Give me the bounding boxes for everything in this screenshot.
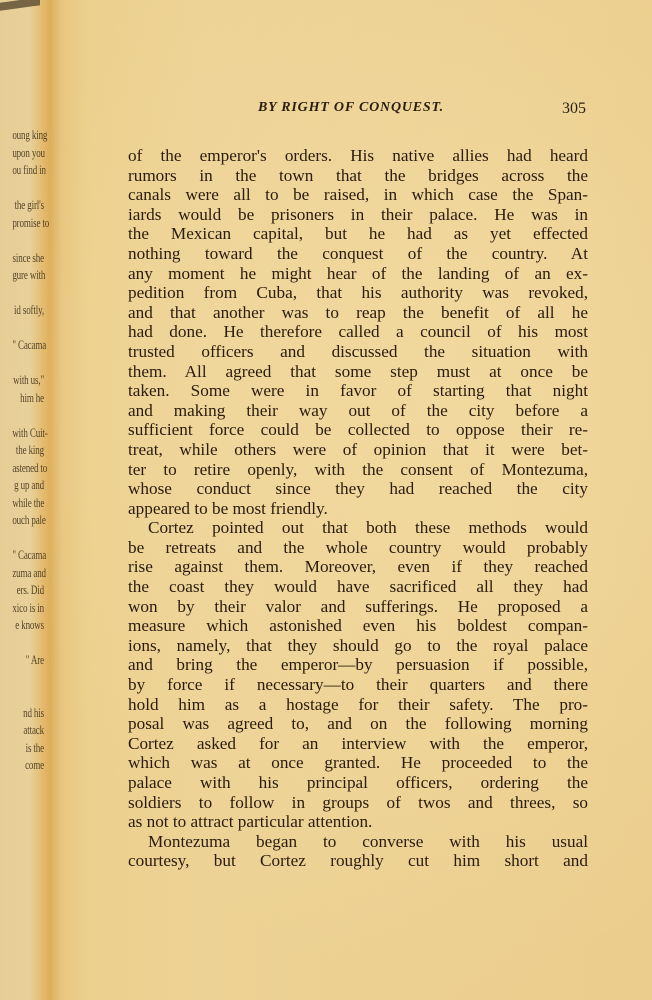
facing-page-fragment: is the xyxy=(12,740,44,758)
text-line: the coast they would have sacrificed all… xyxy=(128,577,588,597)
facing-page-fragment: " Are xyxy=(12,652,44,670)
facing-page-fragment: ouch pale xyxy=(12,512,44,530)
facing-page-fragment: nd his xyxy=(12,705,44,723)
text-line: courtesy, but Cortez roughly cut him sho… xyxy=(128,851,588,871)
book-page: oung kingupon youou find inthe girl'spro… xyxy=(0,0,652,1000)
text-line: nothing toward the conquest of the count… xyxy=(128,244,588,264)
facing-page-fragment: attack xyxy=(12,722,44,740)
body-text: of the emperor's orders. His native alli… xyxy=(128,146,588,871)
facing-page-fragment: zuma and xyxy=(12,565,44,583)
facing-page-fragment: ou find in xyxy=(12,162,44,180)
text-line: of the emperor's orders. His native alli… xyxy=(128,146,588,166)
text-line: sufficient force could be collected to o… xyxy=(128,420,588,440)
page-number: 305 xyxy=(562,100,586,118)
text-line: and bring the emperor—by persuasion if p… xyxy=(128,655,588,675)
facing-page-fragment: since she xyxy=(12,250,44,268)
facing-page-fragment: e knows xyxy=(12,617,44,635)
facing-page-fragment: promise to xyxy=(12,215,44,233)
text-line: canals were all to be raised, in which c… xyxy=(128,185,588,205)
text-line: taken. Some were in favor of starting th… xyxy=(128,381,588,401)
text-line: rumors in the town that the bridges acro… xyxy=(128,166,588,186)
text-line: hold him as a hostage for their safety. … xyxy=(128,695,588,715)
facing-page-fragment: xico is in xyxy=(12,600,44,618)
facing-page-fragment: " Cacama xyxy=(12,547,44,565)
text-line: appeared to be most friendly. xyxy=(128,499,588,519)
facing-page-fragment xyxy=(12,232,44,250)
facing-page-fragment: upon you xyxy=(12,145,44,163)
text-line: Cortez pointed out that both these metho… xyxy=(128,518,588,538)
text-line: treat, while others were of opinion that… xyxy=(128,440,588,460)
facing-page-fragment: the king xyxy=(12,442,44,460)
facing-page-fragments: oung kingupon youou find inthe girl'spro… xyxy=(12,127,44,775)
text-line: and that another was to reap the benefit… xyxy=(128,303,588,323)
text-line: had done. He therefore called a council … xyxy=(128,322,588,342)
facing-page-fragment xyxy=(12,530,44,548)
page-corner-shadow xyxy=(0,0,40,11)
text-line: pedition from Cuba, that his authority w… xyxy=(128,283,588,303)
facing-page-fragment xyxy=(12,285,44,303)
text-line: by force if necessary—to their quarters … xyxy=(128,675,588,695)
text-line: rise against them. Moreover, even if the… xyxy=(128,557,588,577)
text-line: which was at once granted. He proceeded … xyxy=(128,753,588,773)
facing-page-fragment: with Cuit- xyxy=(12,425,44,443)
text-line: them. All agreed that some step must at … xyxy=(128,362,588,382)
facing-page-fragment: astened to xyxy=(12,460,44,478)
text-line: as not to attract particular attention. xyxy=(128,812,588,832)
facing-page-fragment xyxy=(12,670,44,688)
facing-page-fragment: ers. Did xyxy=(12,582,44,600)
facing-page-fragment xyxy=(12,320,44,338)
running-title: BY RIGHT OF CONQUEST. xyxy=(258,100,444,116)
facing-page-fragment: gure with xyxy=(12,267,44,285)
text-line: ions, namely, that they should go to the… xyxy=(128,636,588,656)
facing-page-fragment: come xyxy=(12,757,44,775)
text-line: Montezuma began to converse with his usu… xyxy=(128,832,588,852)
text-line: posal was agreed to, and on the followin… xyxy=(128,714,588,734)
facing-page-fragment xyxy=(12,687,44,705)
facing-page-fragment xyxy=(12,180,44,198)
facing-page-fragment: id softly, xyxy=(12,302,44,320)
facing-page-fragment: " Cacama xyxy=(12,337,44,355)
facing-page-fragment: the girl's xyxy=(12,197,44,215)
text-line: any moment he might hear of the landing … xyxy=(128,264,588,284)
text-line: ter to retire openly, with the consent o… xyxy=(128,460,588,480)
facing-page-fragment: g up and xyxy=(12,477,44,495)
text-line: measure which astonished even his boldes… xyxy=(128,616,588,636)
facing-page-fragment xyxy=(12,407,44,425)
facing-page-fragment xyxy=(12,355,44,373)
text-line: palace with his principal officers, orde… xyxy=(128,773,588,793)
facing-page-fragment: oung king xyxy=(12,127,44,145)
text-line: and making their way out of the city bef… xyxy=(128,401,588,421)
facing-page-fragment: with us," xyxy=(12,372,44,390)
facing-page-fragment: him he xyxy=(12,390,44,408)
text-line: soldiers to follow in groups of twos and… xyxy=(128,793,588,813)
text-line: be retreats and the whole country would … xyxy=(128,538,588,558)
facing-page-fragment: while the xyxy=(12,495,44,513)
text-line: won by their valor and sufferings. He pr… xyxy=(128,597,588,617)
text-line: Cortez asked for an interview with the e… xyxy=(128,734,588,754)
facing-page-fragment xyxy=(12,635,44,653)
text-line: the Mexican capital, but he had as yet e… xyxy=(128,224,588,244)
page-header: BY RIGHT OF CONQUEST. 305 xyxy=(250,100,586,120)
text-line: iards would be prisoners in their palace… xyxy=(128,205,588,225)
text-line: trusted officers and discussed the situa… xyxy=(128,342,588,362)
text-line: whose conduct since they had reached the… xyxy=(128,479,588,499)
